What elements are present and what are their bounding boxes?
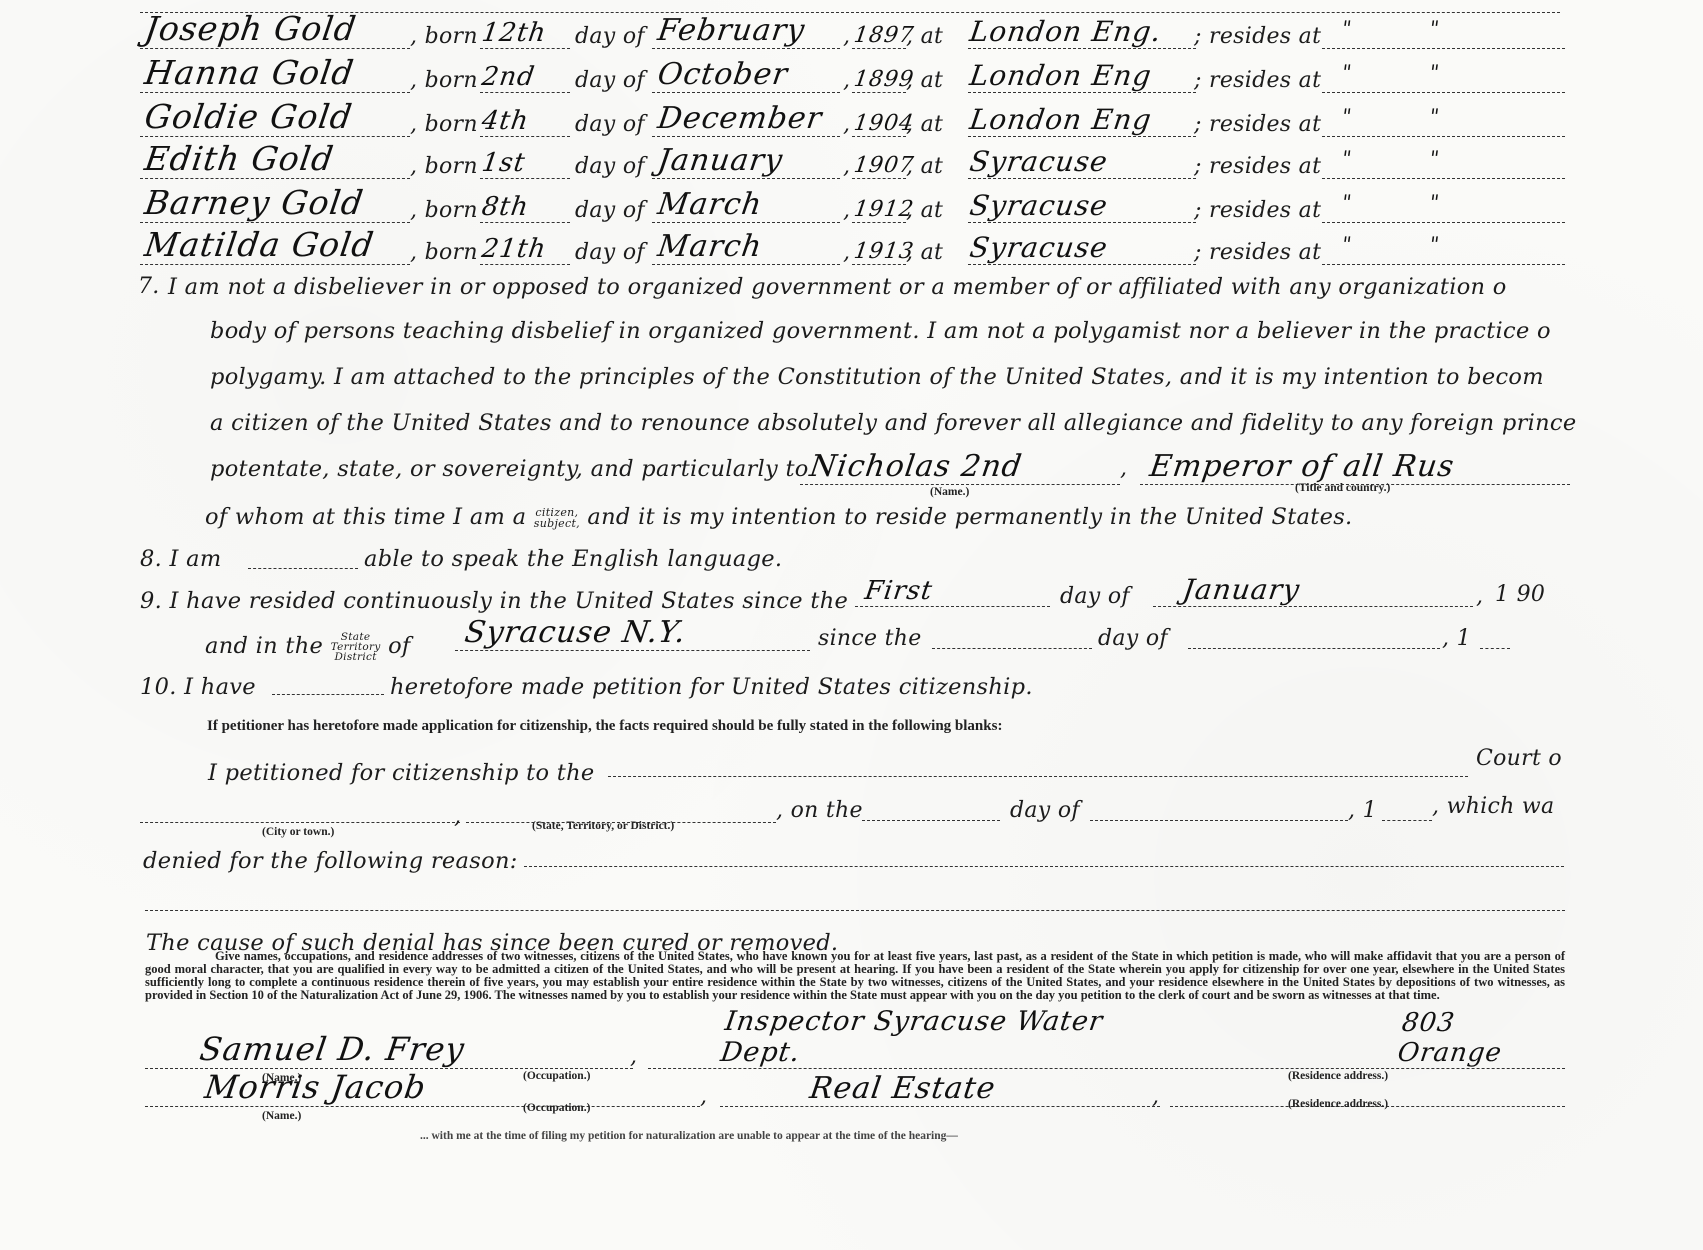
resides-at-label: ; resides at — [1194, 112, 1321, 137]
child-birthplace-field[interactable]: London Eng — [968, 100, 1196, 137]
child-birth-day-value: 1st — [480, 148, 528, 178]
child-birth-month-value: March — [656, 229, 765, 264]
petition-year-field[interactable] — [1382, 820, 1432, 821]
witness2-occupation-value: Real Estate — [808, 1071, 998, 1106]
child-birth-day-field[interactable]: 2nd — [480, 56, 570, 93]
child-row: Goldie Gold , born 4th day of December ,… — [0, 100, 1703, 144]
born-label: born — [425, 198, 478, 223]
witness2-name-caption: (Name.) — [262, 1110, 301, 1122]
resides-at-label: ; resides at — [1194, 198, 1321, 223]
state-place-field[interactable]: Syracuse N.Y. — [455, 614, 810, 651]
child-birth-day-value: 4th — [480, 106, 531, 136]
english-ability-field[interactable] — [248, 568, 358, 569]
child-birthplace-value: Syracuse — [968, 231, 1110, 264]
child-birth-year-field[interactable]: 1897 — [852, 12, 906, 49]
section8-suffix: able to speak the English language. — [364, 546, 782, 572]
child-birth-year-field[interactable]: 1899 — [852, 56, 906, 93]
child-birthplace-value: Syracuse — [968, 145, 1110, 178]
petitioned-prefix: I petitioned for citizenship to the — [208, 760, 595, 786]
section10-line1: 10. I have — [140, 674, 256, 700]
section9-line1: 9. I have resided continuously in the Un… — [140, 588, 848, 614]
at-label: , at — [906, 198, 943, 223]
subject-word: subject, — [534, 517, 580, 530]
child-birth-month-field[interactable]: March — [652, 228, 840, 265]
at-label: , at — [906, 154, 943, 179]
on-the-label: , on the — [776, 798, 863, 823]
denied-reason-field-2[interactable] — [145, 910, 1565, 911]
petition-year-prefix: , 1 — [1348, 798, 1377, 823]
born-label: born — [425, 240, 478, 265]
us-residence-day-field[interactable]: First — [855, 570, 1050, 607]
state-place-value: Syracuse N.Y. — [463, 615, 689, 650]
child-birth-day-field[interactable]: 12th — [480, 12, 570, 49]
witness1-address-value: 803 Orange — [1396, 1008, 1569, 1068]
witness1-occupation-value: Inspector Syracuse Water Dept. — [719, 1006, 1163, 1068]
section8-prefix: I am — [170, 546, 222, 572]
day-of-label: day of — [575, 24, 645, 49]
witness2-occupation-field[interactable]: Real Estate — [720, 1070, 1160, 1107]
child-birth-year-field[interactable]: 1907 — [852, 142, 906, 179]
comma: , — [843, 68, 850, 93]
child-birthplace-field[interactable]: Syracuse — [968, 228, 1196, 265]
child-birth-year-field[interactable]: 1904 — [852, 100, 906, 137]
child-residence-field[interactable]: " " — [1322, 12, 1565, 49]
witness-instructions: Give names, occupations, and residence a… — [145, 950, 1565, 1002]
child-residence-value: " " — [1340, 232, 1441, 256]
witness2-name-field[interactable]: Morris Jacob — [145, 1070, 700, 1107]
child-row: Hanna Gold , born 2nd day of October , 1… — [0, 56, 1703, 100]
child-name-field[interactable]: Joseph Gold — [140, 12, 410, 49]
child-birth-month-value: January — [656, 143, 786, 178]
at-label-text: at — [921, 112, 944, 137]
since-the-label: since the — [818, 626, 922, 651]
child-name-value: Edith Gold — [142, 139, 336, 178]
court-suffix: Court o — [1476, 746, 1562, 771]
at-label: , at — [906, 240, 943, 265]
child-birth-month-value: December — [656, 101, 825, 136]
petition-month-field[interactable] — [1090, 820, 1348, 821]
day-of-label-2: day of — [1098, 626, 1168, 651]
line6-prefix: of whom at this time I am a — [205, 504, 526, 530]
day-of-label: day of — [575, 198, 645, 223]
witness1-name-field[interactable]: Samuel D. Frey — [145, 1032, 633, 1069]
child-birth-year-field[interactable]: 1913 — [852, 228, 906, 265]
caption-title-country: (Title and country.) — [1295, 482, 1390, 494]
section7-number: 7. — [138, 274, 160, 299]
section8: 8. I am — [140, 546, 222, 572]
child-birth-month-field[interactable]: December — [652, 100, 840, 137]
child-birth-day-field[interactable]: 21th — [480, 228, 570, 265]
child-birthplace-value: London Eng. — [968, 15, 1164, 48]
child-name-value: Goldie Gold — [142, 97, 355, 136]
denied-reason-field[interactable] — [524, 866, 1564, 867]
child-row: Edith Gold , born 1st day of January , 1… — [0, 142, 1703, 186]
child-birth-day-value: 21th — [480, 234, 548, 264]
child-birthplace-value: London Eng — [968, 59, 1154, 92]
section10-instruction: If petitioner has heretofore made applic… — [207, 718, 1002, 735]
child-birthplace-field[interactable]: Syracuse — [968, 142, 1196, 179]
witness1-name-value: Samuel D. Frey — [197, 1030, 467, 1068]
city-caption: (City or town.) — [262, 826, 334, 838]
comma: , — [843, 24, 850, 49]
child-birthplace-field[interactable]: London Eng. — [968, 12, 1196, 49]
witness1-occupation-field[interactable]: Inspector Syracuse Water Dept. — [648, 1032, 1158, 1069]
day-of-label: day of — [575, 112, 645, 137]
section7-line3: polygamy. I am attached to the principle… — [210, 364, 1544, 390]
child-birthplace-value: London Eng — [968, 103, 1154, 136]
day-of-label: day of — [575, 68, 645, 93]
resides-at-label: ; resides at — [1194, 154, 1321, 179]
child-residence-value: " " — [1340, 60, 1441, 84]
section7-line5-prefix: potentate, state, or sovereignty, and pa… — [210, 456, 809, 482]
which-was: , which wa — [1432, 794, 1554, 819]
at-label-text: at — [921, 240, 944, 265]
state-residence-month-field[interactable] — [1188, 648, 1440, 649]
day-of-label: day of — [1060, 584, 1130, 609]
child-residence-field[interactable]: " " — [1322, 142, 1565, 179]
prior-petition-field[interactable] — [272, 694, 384, 695]
comma-born-label: , born — [410, 68, 478, 93]
section10-number: 10. — [140, 674, 177, 700]
us-residence-year[interactable]: 1 90 — [1495, 582, 1545, 607]
at-label: , at — [906, 112, 943, 137]
line6-suffix: and it is my intention to reside permane… — [587, 504, 1352, 530]
child-name-field[interactable]: Hanna Gold — [140, 56, 410, 93]
at-label: , at — [906, 24, 943, 49]
child-birth-day-field[interactable]: 1st — [480, 142, 570, 179]
child-residence-value: " " — [1340, 104, 1441, 128]
day-of-label: day of — [575, 240, 645, 265]
child-row: Barney Gold , born 8th day of March , 19… — [0, 186, 1703, 230]
comma: , — [843, 198, 850, 223]
at-label-text: at — [921, 154, 944, 179]
sovereign-name-value: Nicholas 2nd — [808, 449, 1025, 484]
child-residence-field[interactable]: " " — [1322, 186, 1565, 223]
born-label: born — [425, 154, 478, 179]
court-field[interactable] — [608, 776, 1468, 777]
comma: , — [1120, 456, 1127, 481]
section9-number: 9. — [140, 588, 162, 614]
witness1-address-field[interactable]: 803 Orange — [1160, 1032, 1565, 1069]
child-birth-month-field[interactable]: October — [652, 56, 840, 93]
resides-at-label: ; resides at — [1194, 68, 1321, 93]
child-birth-month-value: February — [656, 13, 808, 48]
comma-born-label: , born — [410, 240, 478, 265]
child-birth-month-value: March — [656, 187, 765, 222]
child-name-field[interactable]: Matilda Gold — [140, 228, 410, 265]
child-birth-month-field[interactable]: January — [652, 142, 840, 179]
sovereign-name-field[interactable]: Nicholas 2nd — [800, 448, 1120, 485]
caption-name: (Name.) — [930, 486, 969, 498]
witness1-address-caption: (Residence address.) — [1288, 1070, 1388, 1082]
denied-prefix: denied for the following reason: — [143, 848, 518, 874]
state-year-prefix: 1 — [1457, 626, 1471, 651]
section9-line1-prefix: I have resided continuously in the Unite… — [170, 588, 849, 614]
day-of-label-3: day of — [1010, 798, 1080, 823]
child-birth-month-field[interactable]: February — [652, 12, 840, 49]
petition-day-field[interactable] — [862, 820, 1000, 821]
child-birth-day-field[interactable]: 8th — [480, 186, 570, 223]
comma-born-label: , born — [410, 154, 478, 179]
section10-suffix: heretofore made petition for United Stat… — [390, 674, 1033, 700]
child-name-value: Hanna Gold — [142, 53, 357, 92]
child-birth-day-value: 8th — [480, 192, 531, 222]
sovereign-title-field[interactable]: Emperor of all Rus — [1140, 448, 1570, 485]
us-residence-month-value: January — [1181, 573, 1303, 606]
comma: , — [700, 1084, 707, 1109]
child-name-value: Matilda Gold — [142, 225, 377, 264]
day-of-label: day of — [575, 154, 645, 179]
comma: , — [843, 112, 850, 137]
city-field[interactable] — [140, 822, 460, 823]
child-residence-field[interactable]: " " — [1322, 100, 1565, 137]
section7-line4: a citizen of the United States and to re… — [210, 410, 1576, 436]
resides-at-label: ; resides at — [1194, 24, 1321, 49]
child-birthplace-field[interactable]: Syracuse — [968, 186, 1196, 223]
us-residence-month-field[interactable]: January — [1153, 570, 1473, 607]
section10-prefix: I have — [184, 674, 256, 700]
child-name-value: Barney Gold — [142, 183, 366, 222]
child-residence-value: " " — [1340, 146, 1441, 170]
at-label-text: at — [921, 198, 944, 223]
comma-born-label: , born — [410, 24, 478, 49]
resides-at-label: ; resides at — [1194, 240, 1321, 265]
child-name-field[interactable]: Edith Gold — [140, 142, 410, 179]
witness2-address-caption: (Residence address.) — [1288, 1098, 1388, 1110]
child-residence-field[interactable]: " " — [1322, 56, 1565, 93]
footer-partial: ... with me at the time of filing my pet… — [420, 1130, 958, 1142]
born-label: born — [425, 68, 478, 93]
state-year-field[interactable] — [1480, 648, 1510, 649]
at-label-text: at — [921, 68, 944, 93]
child-birth-day-value: 12th — [480, 18, 548, 48]
comma: , — [454, 804, 461, 829]
of-word: of — [388, 633, 410, 659]
document-page: Joseph Gold , born 12th day of February … — [0, 0, 1703, 1250]
comma: , — [843, 154, 850, 179]
child-name-field[interactable]: Goldie Gold — [140, 100, 410, 137]
child-birth-day-value: 2nd — [480, 62, 537, 92]
comma: , — [843, 240, 850, 265]
child-birthplace-value: Syracuse — [968, 189, 1110, 222]
born-label: born — [425, 112, 478, 137]
child-birth-month-field[interactable]: March — [652, 186, 840, 223]
section8-number: 8. — [140, 546, 162, 572]
child-birth-month-value: October — [656, 57, 791, 92]
comma: , — [1476, 584, 1483, 609]
witness2-name-value: Morris Jacob — [202, 1068, 428, 1106]
child-row: Joseph Gold , born 12th day of February … — [0, 12, 1703, 56]
at-label: , at — [906, 68, 943, 93]
child-name-field[interactable]: Barney Gold — [140, 186, 410, 223]
us-residence-day-value: First — [863, 576, 935, 606]
comma: , — [630, 1044, 637, 1069]
child-residence-field[interactable]: " " — [1322, 228, 1565, 265]
comma: , — [1152, 1084, 1159, 1109]
state-territory-district: State Territory District — [331, 632, 381, 662]
line2-prefix: and in the — [205, 633, 323, 659]
citizen-subject-choice: citizen, subject, — [534, 507, 580, 529]
child-row: Matilda Gold , born 21th day of March , … — [0, 228, 1703, 272]
section7-line1: I am not a disbeliever in or opposed to … — [168, 274, 1507, 300]
child-birthplace-field[interactable]: London Eng — [968, 56, 1196, 93]
witness2-occupation-caption: (Occupation.) — [523, 1102, 590, 1114]
section9-line2: and in the State Territory District of — [205, 632, 411, 662]
comma-born-label: , born — [410, 112, 478, 137]
state-residence-day-field[interactable] — [932, 648, 1092, 649]
child-birth-day-field[interactable]: 4th — [480, 100, 570, 137]
child-residence-value: " " — [1340, 190, 1441, 214]
section7-line2: body of persons teaching disbelief in or… — [210, 318, 1551, 344]
child-name-value: Joseph Gold — [142, 9, 359, 48]
child-birth-year-field[interactable]: 1912 — [852, 186, 906, 223]
sovereign-title-value: Emperor of all Rus — [1148, 449, 1457, 484]
state-caption: (State, Territory, or District.) — [532, 820, 674, 832]
state-residence-year[interactable]: , 1 — [1442, 626, 1471, 651]
section7-line6: of whom at this time I am a citizen, sub… — [205, 504, 1353, 530]
at-label-text: at — [921, 24, 944, 49]
born-label: born — [425, 24, 478, 49]
child-residence-value: " " — [1340, 16, 1441, 40]
comma-born-label: , born — [410, 198, 478, 223]
district-word: District — [334, 651, 376, 663]
